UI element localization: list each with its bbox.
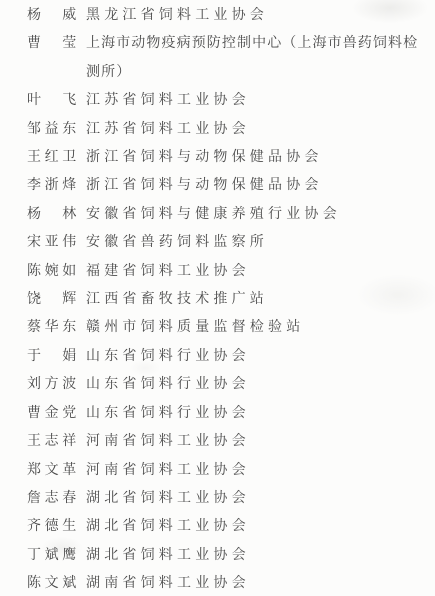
organization-name: 黑龙江省饲料工业协会: [86, 1, 424, 29]
list-item: 齐德生 湖北省饲料工业协会: [27, 512, 427, 540]
list-item: 郑文革 河南省饲料工业协会: [27, 456, 427, 484]
person-name: 李浙烽: [27, 171, 86, 199]
organization-name: 河南省饲料工业协会: [86, 427, 424, 455]
document-page: 杨 威 黑龙江省饲料工业协会 曹 莹 上海市动物疫病预防控制中心（上海市兽药饲料…: [0, 0, 435, 596]
organization-name: 赣州市饲料质量监督检验站: [86, 313, 424, 341]
person-name: 齐德生: [27, 512, 86, 540]
organization-name: 湖南省饲料工业协会: [86, 569, 424, 596]
list-item: 蔡华东 赣州市饲料质量监督检验站: [27, 313, 427, 341]
list-item: 于 娟 山东省饲料行业协会: [27, 342, 427, 370]
person-name: 曹金党: [27, 399, 86, 427]
organization-name: 浙江省饲料与动物保健品协会: [86, 143, 424, 171]
organization-name: 湖北省饲料工业协会: [86, 541, 424, 569]
organization-name: 山东省饲料行业协会: [86, 342, 424, 370]
list-item: 曹金党 山东省饲料行业协会: [27, 399, 427, 427]
list-item: 杨 林 安徽省饲料与健康养殖行业协会: [27, 200, 427, 228]
list-item: 李浙烽 浙江省饲料与动物保健品协会: [27, 171, 427, 199]
list-item: 叶 飞 江苏省饲料工业协会: [27, 86, 427, 114]
organization-name: 山东省饲料行业协会: [86, 370, 424, 398]
organization-name: 安徽省饲料与健康养殖行业协会: [86, 200, 424, 228]
person-name: 刘方波: [27, 370, 86, 398]
list-item: 宋亚伟 安徽省兽药饲料监察所: [27, 228, 427, 256]
person-name: 饶 辉: [27, 285, 86, 313]
person-name: 蔡华东: [27, 313, 86, 341]
organization-name: 湖北省饲料工业协会: [86, 512, 424, 540]
list-item: 詹志春 湖北省饲料工业协会: [27, 484, 427, 512]
organization-name: 山东省饲料行业协会: [86, 399, 424, 427]
person-name: 杨 威: [27, 1, 86, 29]
person-name: 于 娟: [27, 342, 86, 370]
list-item: 杨 威 黑龙江省饲料工业协会: [27, 1, 427, 29]
list-item: 陈文斌 湖南省饲料工业协会: [27, 569, 427, 596]
organization-name: 福建省饲料工业协会: [86, 257, 424, 285]
organization-name: 安徽省兽药饲料监察所: [86, 228, 424, 256]
person-name: 丁斌鹰: [27, 541, 86, 569]
list-item: 陈婉如 福建省饲料工业协会: [27, 257, 427, 285]
list-item: 饶 辉 江西省畜牧技术推广站: [27, 285, 427, 313]
person-name: 王志祥: [27, 427, 86, 455]
person-name: 宋亚伟: [27, 228, 86, 256]
organization-name: 浙江省饲料与动物保健品协会: [86, 171, 424, 199]
list-item: 丁斌鹰 湖北省饲料工业协会: [27, 541, 427, 569]
person-name: 叶 飞: [27, 86, 86, 114]
person-name: 邹益东: [27, 115, 86, 143]
organization-name: 江西省畜牧技术推广站: [86, 285, 424, 313]
person-name: 曹 莹: [27, 29, 86, 57]
organization-name: 江苏省饲料工业协会: [86, 86, 424, 114]
person-name: 詹志春: [27, 484, 86, 512]
person-name: 陈婉如: [27, 257, 86, 285]
person-name: 陈文斌: [27, 569, 86, 596]
person-name: 王红卫: [27, 143, 86, 171]
list-item: 曹 莹 上海市动物疫病预防控制中心（上海市兽药饲料检测所）: [27, 29, 427, 86]
organization-name: 湖北省饲料工业协会: [86, 484, 424, 512]
list-item: 刘方波 山东省饲料行业协会: [27, 370, 427, 398]
list-item: 邹益东 江苏省饲料工业协会: [27, 115, 427, 143]
list-item: 王志祥 河南省饲料工业协会: [27, 427, 427, 455]
organization-name: 河南省饲料工业协会: [86, 456, 424, 484]
organization-name: 江苏省饲料工业协会: [86, 115, 424, 143]
organization-name: 上海市动物疫病预防控制中心（上海市兽药饲料检测所）: [86, 29, 424, 86]
person-name: 杨 林: [27, 200, 86, 228]
list-item: 王红卫 浙江省饲料与动物保健品协会: [27, 143, 427, 171]
person-name: 郑文革: [27, 456, 86, 484]
